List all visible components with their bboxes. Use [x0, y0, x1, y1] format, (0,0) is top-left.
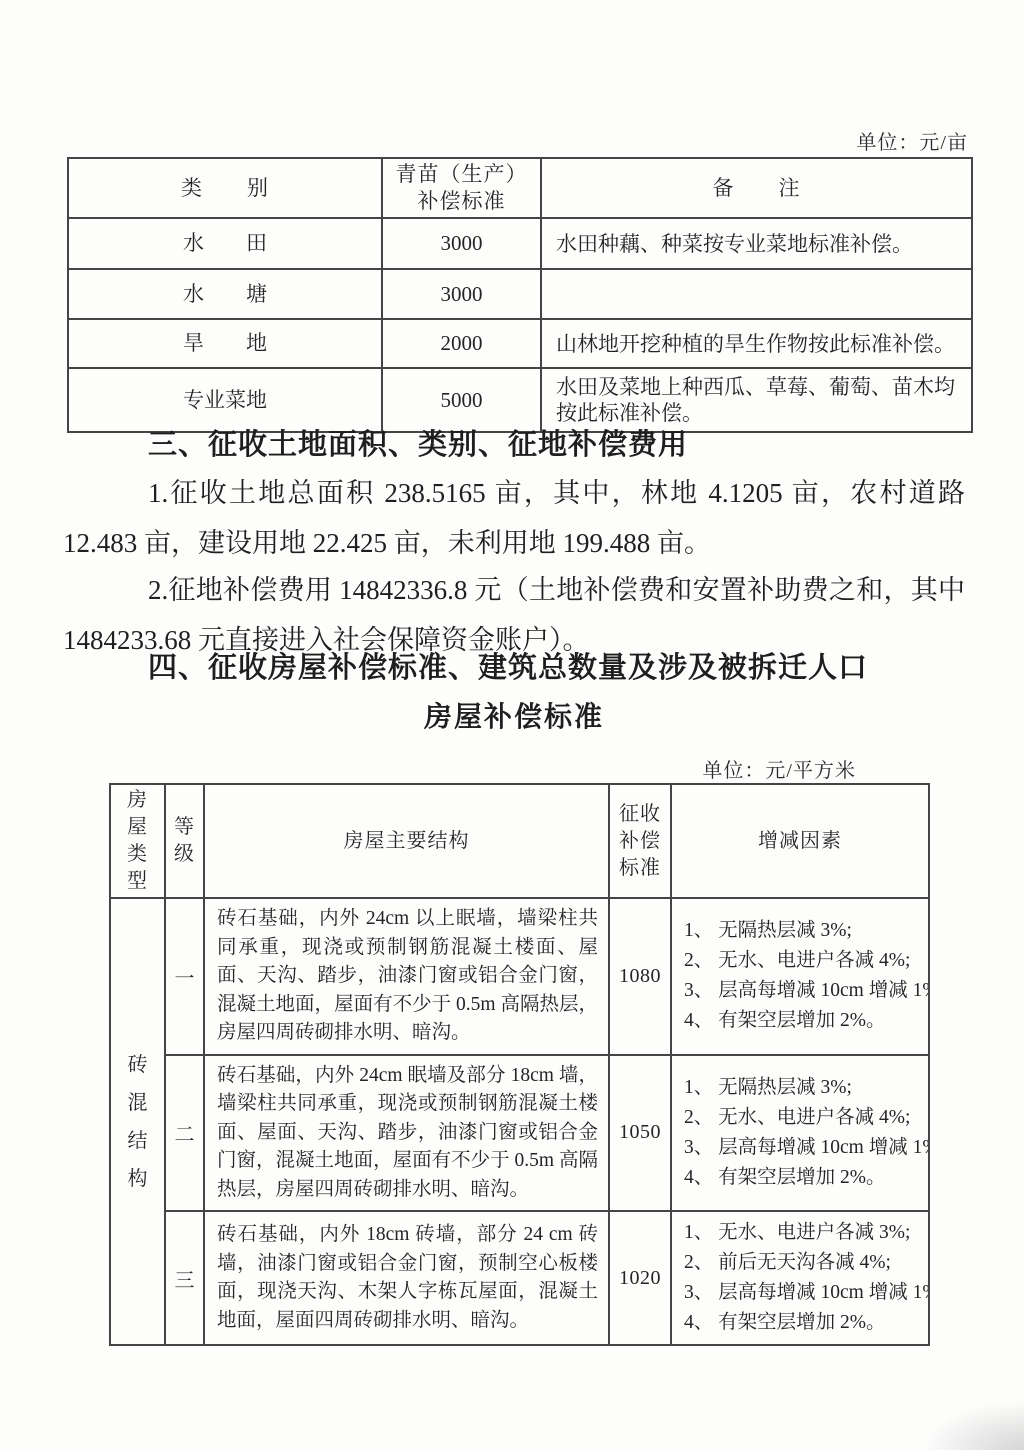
t1-standard: 3000	[382, 218, 541, 269]
house-compensation-title: 房屋补偿标准	[63, 697, 965, 739]
house-compensation-table: 房屋类型 等级 房屋主要结构 征收补偿标准 增减因素 砖混结构 一 砖石基础，内…	[109, 783, 930, 1346]
table-row: 水 田 3000 水田种藕、种菜按专业菜地标准补偿。	[68, 218, 972, 269]
t2-structure: 砖石基础，内外 24cm 眠墙及部分 18cm 墙，墙梁柱共同承重，现浇或预制钢…	[204, 1055, 609, 1212]
t1-category: 水 田	[68, 218, 382, 269]
crop-compensation-table: 类 别 青苗（生产）补偿标准 备 注 水 田 3000 水田种藕、种菜按专业菜地…	[67, 157, 973, 433]
t2-grade: 一	[165, 898, 204, 1055]
factor-line: 2、 前后无天沟各减 4%;	[684, 1248, 922, 1278]
t1-category: 水 塘	[68, 269, 382, 319]
t2-structure: 砖石基础，内外 24cm 以上眠墙，墙梁柱共同承重，现浇或预制钢筋混凝土楼面、屋…	[204, 898, 609, 1055]
table-row: 旱 地 2000 山林地开挖种植的旱生作物按此标准补偿。	[68, 319, 972, 368]
t2-header-structure: 房屋主要结构	[204, 784, 609, 898]
t2-standard: 1050	[609, 1055, 671, 1212]
factor-line: 2、 无水、电进户各减 4%;	[684, 1103, 922, 1133]
factor-line: 4、 有架空层增加 2%。	[684, 1163, 922, 1193]
t1-header-standard: 青苗（生产）补偿标准	[382, 158, 541, 218]
table-header-row: 房屋类型 等级 房屋主要结构 征收补偿标准 增减因素	[110, 784, 929, 898]
document-page: 单位：元/亩 类 别 青苗（生产）补偿标准 备 注 水 田 3000 水田种藕、…	[0, 0, 1024, 1450]
factor-line: 1、 无水、电进户各减 3%;	[684, 1218, 922, 1248]
t2-grade: 三	[165, 1211, 204, 1345]
table-header-row: 类 别 青苗（生产）补偿标准 备 注	[68, 158, 972, 218]
t1-standard: 3000	[382, 269, 541, 319]
t1-standard: 2000	[382, 319, 541, 368]
t2-factors: 1、 无隔热层减 3%; 2、 无水、电进户各减 4%; 3、 层高每增减 10…	[671, 1055, 929, 1212]
t2-structure: 砖石基础，内外 18cm 砖墙，部分 24 cm 砖墙，油漆门窗或铝合金门窗，预…	[204, 1211, 609, 1345]
t1-note: 水田种藕、种菜按专业菜地标准补偿。	[541, 218, 972, 269]
table-row: 水 塘 3000	[68, 269, 972, 319]
scan-corner-shadow	[924, 1402, 1024, 1450]
factor-line: 3、 层高每增减 10cm 增减 1%;	[684, 976, 922, 1006]
t2-header-house-type: 房屋类型	[110, 784, 165, 898]
table1-unit-label: 单位：元/亩	[856, 128, 968, 158]
factor-line: 1、 无隔热层减 3%;	[684, 1073, 922, 1103]
table2-unit-label: 单位：元/平方米	[702, 756, 856, 786]
t1-note	[541, 269, 972, 319]
table-row: 砖混结构 一 砖石基础，内外 24cm 以上眠墙，墙梁柱共同承重，现浇或预制钢筋…	[110, 898, 929, 1055]
t1-category: 旱 地	[68, 319, 382, 368]
factor-line: 2、 无水、电进户各减 4%;	[684, 946, 922, 976]
factor-line: 3、 层高每增减 10cm 增减 1%;	[684, 1278, 922, 1308]
t2-factors: 1、 无隔热层减 3%; 2、 无水、电进户各减 4%; 3、 层高每增减 10…	[671, 898, 929, 1055]
factor-line: 3、 层高每增减 10cm 增减 1%;	[684, 1133, 922, 1163]
section3-heading: 三、征收土地面积、类别、征地补偿费用	[63, 422, 965, 468]
section3-paragraph-1: 1.征收土地总面积 238.5165 亩，其中，林地 4.1205 亩，农村道路…	[63, 468, 965, 568]
t1-header-note: 备 注	[541, 158, 972, 218]
section4-heading: 四、征收房屋补偿标准、建筑总数量及涉及被拆迁人口	[63, 645, 965, 691]
t2-header-factors: 增减因素	[671, 784, 929, 898]
table-row: 二 砖石基础，内外 24cm 眠墙及部分 18cm 墙，墙梁柱共同承重，现浇或预…	[110, 1055, 929, 1212]
t2-standard: 1020	[609, 1211, 671, 1345]
t2-grade: 二	[165, 1055, 204, 1212]
t2-factors: 1、 无水、电进户各减 3%; 2、 前后无天沟各减 4%; 3、 层高每增减 …	[671, 1211, 929, 1345]
t2-header-standard: 征收补偿标准	[609, 784, 671, 898]
t2-standard: 1080	[609, 898, 671, 1055]
t2-header-grade: 等级	[165, 784, 204, 898]
factor-line: 4、 有架空层增加 2%。	[684, 1006, 922, 1036]
t1-header-category: 类 别	[68, 158, 382, 218]
factor-line: 1、 无隔热层减 3%;	[684, 916, 922, 946]
table-row: 三 砖石基础，内外 18cm 砖墙，部分 24 cm 砖墙，油漆门窗或铝合金门窗…	[110, 1211, 929, 1345]
t1-note: 山林地开挖种植的旱生作物按此标准补偿。	[541, 319, 972, 368]
factor-line: 4、 有架空层增加 2%。	[684, 1308, 922, 1338]
t2-house-type-cell: 砖混结构	[110, 898, 165, 1345]
